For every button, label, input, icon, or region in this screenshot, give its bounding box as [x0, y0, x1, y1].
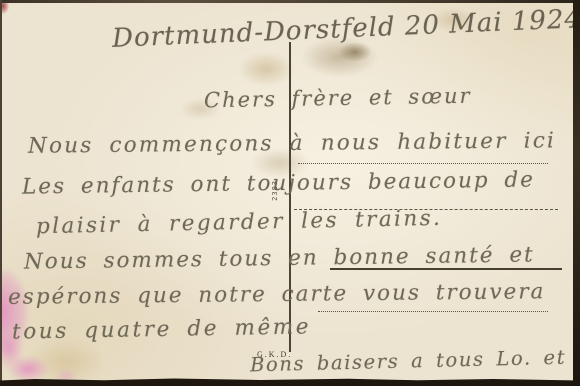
- handwritten-line: tous quatre de même: [12, 314, 312, 344]
- scan-edge-left: [0, 0, 2, 386]
- scan-edge-bottom: [0, 376, 580, 386]
- postcard-paper: 2383 G.K.D. Dortmund-Dorstfeld 20 Mai 19…: [0, 0, 580, 386]
- pink-stain: [8, 356, 48, 382]
- handwritten-line: espérons que notre carte vous trouvera: [8, 279, 546, 310]
- scan-edge-top: [0, 0, 580, 3]
- handwritten-dateline: Dortmund-Dorstfeld 20 Mai 1924: [112, 4, 580, 54]
- yellow-stain: [26, 338, 106, 386]
- postcard-scan: 2383 G.K.D. Dortmund-Dorstfeld 20 Mai 19…: [0, 0, 580, 386]
- address-line: [298, 163, 548, 164]
- address-line: [318, 311, 548, 312]
- fox-stain: [238, 52, 294, 86]
- handwritten-line: Nous commençons à nous habituer ici: [28, 128, 556, 159]
- handwritten-line: plaisir à regarder les trains.: [36, 206, 443, 240]
- handwritten-line: Les enfants ont toujours beaucoup de: [22, 167, 535, 199]
- handwritten-salutation: Chers frère et sœur: [204, 84, 472, 113]
- handwritten-signature: Bons baisers a tous Lo. et M.: [250, 345, 580, 377]
- scan-edge-right: [573, 0, 580, 386]
- fox-stain: [338, 42, 372, 62]
